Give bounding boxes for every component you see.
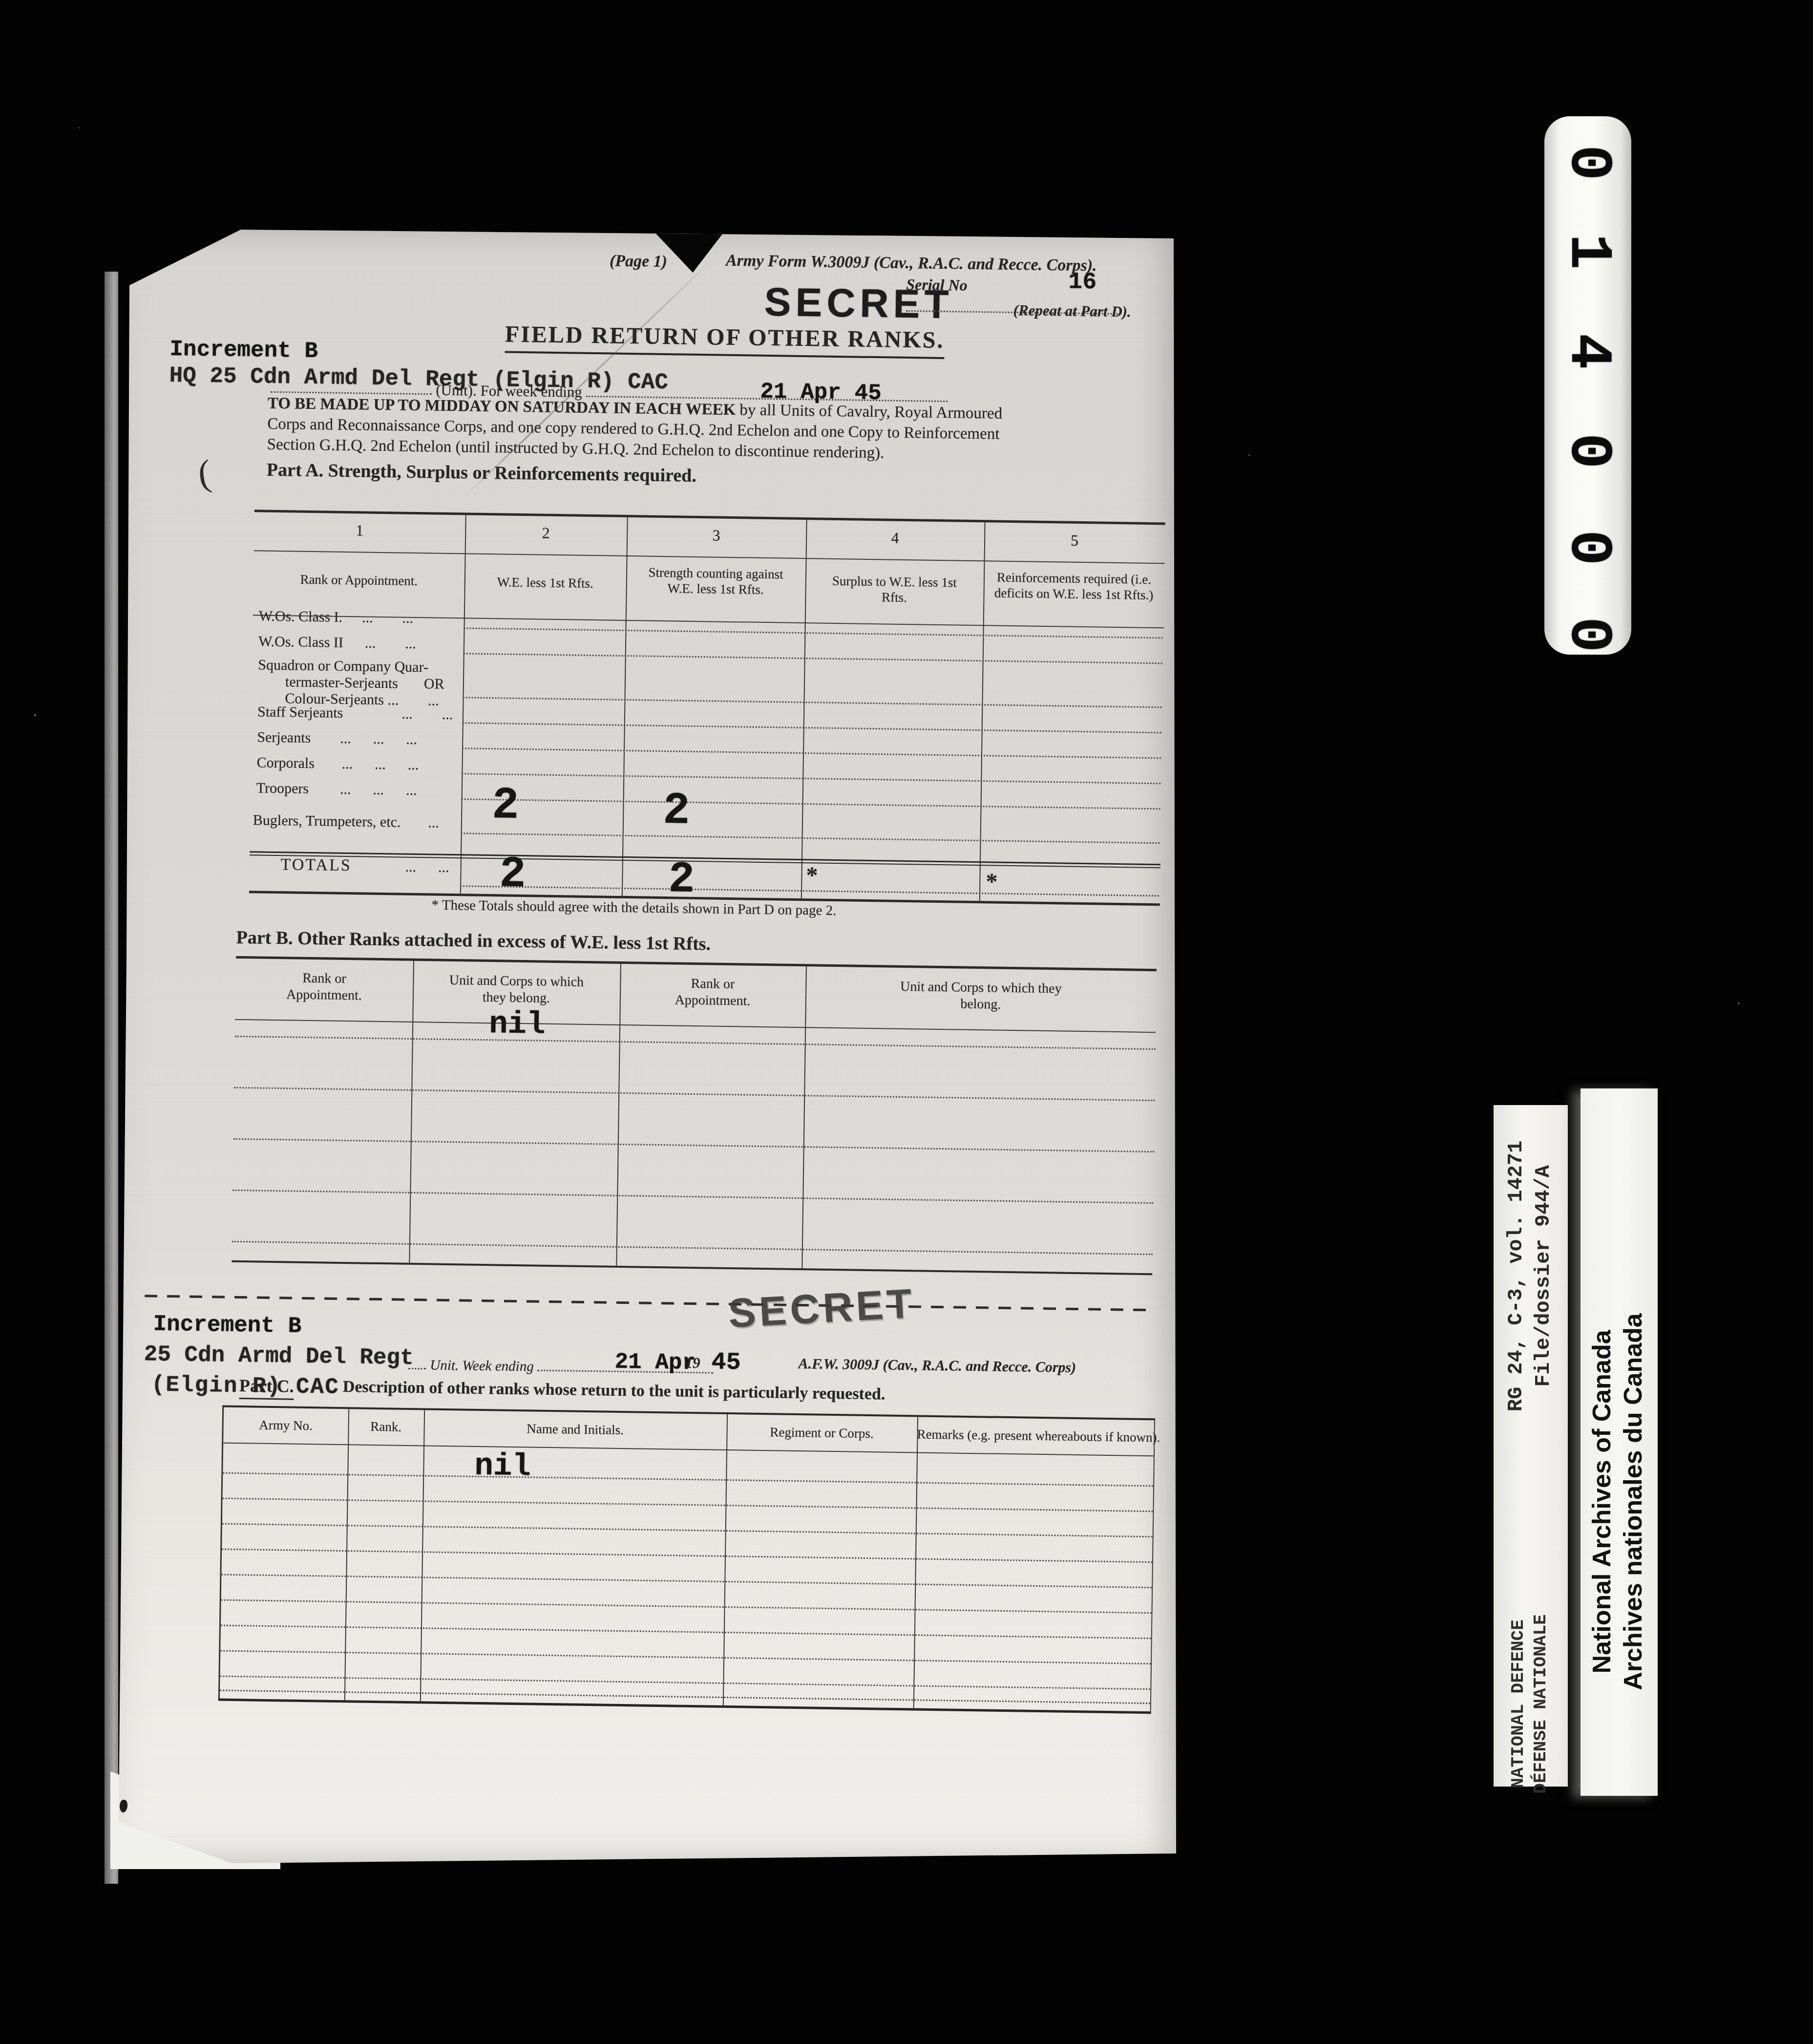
part-a-column-headers: Rank or Appointment. W.E. less 1st Rfts.… — [253, 559, 1164, 609]
part-c-row-2 — [223, 1498, 1153, 1512]
part-b-nil-entry: nil — [489, 1007, 546, 1043]
counter-digit-2: 1 — [1558, 234, 1618, 269]
row-label-sqms-2: termaster-Serjeants — [285, 674, 398, 692]
part-c-nil-entry: nil — [474, 1449, 531, 1485]
col-header-surplus: Surplus to W.E. less 1st Rfts. — [805, 567, 984, 606]
repeat-note: (Repeat at Part D). — [1013, 301, 1131, 320]
part-c-row-9 — [220, 1676, 1150, 1690]
row-label-buglers: Buglers, Trumpeters, etc.... — [253, 812, 439, 831]
part-b-row-3 — [233, 1138, 1154, 1152]
part-b-row-5 — [232, 1241, 1153, 1255]
col-header-rank: Rank or Appointment. — [253, 559, 464, 599]
counter-digit-row-4: 0 — [1544, 421, 1631, 494]
totals-col4-asterisk: * — [806, 862, 818, 889]
archives-line-2: Archives nationales du Canada — [1618, 1311, 1649, 1692]
slip-year-printed: 19 — [685, 1354, 700, 1372]
row-line-corporals — [462, 773, 1160, 784]
defence-text: NATIONAL DEFENCE DÉFENSE NATIONALE — [1507, 1605, 1552, 1803]
counter-digit-3: 4 — [1558, 333, 1618, 369]
col-number-5: 5 — [984, 530, 1165, 551]
totals-label: TOTALS... ... — [280, 855, 449, 876]
archives-line-1: National Archives of Canada — [1586, 1311, 1618, 1692]
serial-label: Serial No — [906, 276, 968, 294]
slip-caption: Unit. Week ending — [426, 1358, 538, 1375]
part-c-row-8 — [220, 1650, 1151, 1665]
form-title: FIELD RETURN OF OTHER RANKS. — [505, 320, 944, 359]
counter-digit-row-5: 0 — [1544, 518, 1631, 591]
document-page: (Page 1) Army Form W.3009J (Cav., R.A.C.… — [110, 226, 1176, 1863]
slip-increment-stamp: Increment B — [153, 1312, 301, 1339]
form-number-line: Army Form W.3009J (Cav., R.A.C. and Recc… — [726, 252, 1097, 276]
dust-speck-2 — [1248, 454, 1250, 456]
row-label-serjeants: Serjeants... ... ... — [257, 729, 417, 748]
part-c-header-name: Name and Initials. — [423, 1420, 726, 1439]
counter-digit-5: 0 — [1558, 530, 1618, 565]
part-b-header-rule — [235, 1019, 1156, 1033]
part-b-divider-1 — [409, 961, 414, 1263]
part-c-row-10 — [220, 1690, 1150, 1704]
part-c-divider-2 — [420, 1410, 425, 1701]
row-label-corporals: Corporals... ... ... — [256, 754, 419, 773]
counter-digit-row-3: 4 — [1544, 321, 1631, 395]
part-b-headers: Rank or Appointment. Unit and Corps to w… — [235, 965, 1157, 1015]
totals-col3-value: 2 — [668, 858, 695, 902]
row-line-staff — [463, 722, 1161, 733]
part-c-header-army-no: Army No. — [223, 1417, 348, 1434]
part-b-header-1: Rank or Appointment. — [235, 965, 413, 1005]
reference-line-2: File/dossier 944/A — [1530, 1115, 1557, 1437]
part-b-row-4 — [232, 1190, 1153, 1204]
archives-text: National Archives of Canada Archives nat… — [1586, 1311, 1651, 1692]
row-line-wos1 — [464, 627, 1162, 639]
row-line-serjeants — [462, 747, 1161, 759]
totals-col2-value: 2 — [499, 852, 526, 897]
row-label-staff: Staff Serjeants... ... — [257, 703, 453, 723]
part-c-heading: Description of other ranks whose return … — [343, 1378, 885, 1404]
counter-digit-1: 0 — [1558, 145, 1618, 180]
row-line-sqms — [463, 697, 1162, 708]
row-label-sqms-or: OR — [424, 676, 444, 693]
part-b-header-3: Rank or Appointment. — [620, 971, 806, 1010]
col-header-strength: Strength counting against W.E. less 1st … — [626, 564, 805, 604]
part-c-header-rule — [223, 1443, 1154, 1457]
counter-digit-row-2: 1 — [1544, 222, 1631, 295]
troopers-col2-value: 2 — [492, 783, 519, 829]
col-number-2: 2 — [465, 523, 627, 543]
part-c-divider-4 — [913, 1417, 918, 1708]
col-number-1: 1 — [254, 520, 465, 541]
part-c-row-3 — [222, 1523, 1153, 1538]
col-number-4: 4 — [806, 528, 984, 548]
page-number-label: (Page 1) — [610, 252, 668, 271]
row-label-troopers: Troopers... ... ... — [256, 780, 417, 799]
increment-stamp: Increment B — [169, 337, 318, 364]
part-a-column-numbers: 1 2 3 4 5 — [254, 520, 1165, 551]
reference-text: RG 24, C-3, vol. 14271 File/dossier 944/… — [1502, 1115, 1557, 1437]
part-c-header-rank: Rank. — [348, 1419, 423, 1435]
slip-leader-1 — [408, 1353, 426, 1370]
cut-line — [145, 1295, 1156, 1311]
counter-digit-row-6: 0 — [1544, 605, 1631, 678]
part-c-label: Part C. — [239, 1375, 294, 1400]
microfilm-scan: (Page 1) Army Form W.3009J (Cav., R.A.C.… — [0, 0, 1813, 2044]
row-label-wos2: W.Os. Class II... ... — [258, 633, 416, 652]
part-c-row-5 — [221, 1574, 1152, 1589]
counter-digit-4: 0 — [1558, 433, 1618, 468]
unit-leader-1 — [271, 375, 432, 395]
row-line-buglers — [461, 832, 1160, 844]
part-b-divider-3 — [801, 966, 807, 1268]
back-sheet-edge — [105, 272, 118, 1884]
part-c-headers: Army No. Rank. Name and Initials. Regime… — [223, 1417, 1154, 1446]
row-label-sqms-1: Squadron or Company Quar- — [258, 657, 428, 676]
part-a-heading: Part A. Strength, Surplus or Reinforceme… — [267, 459, 697, 487]
pen-mark: ( — [196, 452, 213, 495]
row-line-troopers — [462, 798, 1160, 809]
frame-counter-strip: 0 1 4 0 0 0 — [1544, 116, 1631, 655]
serial-value-stamp: 16 — [1068, 269, 1096, 296]
dust-speck-4 — [78, 127, 80, 128]
reference-line-1: RG 24, C-3, vol. 14271 — [1502, 1115, 1530, 1437]
col-header-we: W.E. less 1st Rfts. — [464, 562, 626, 601]
part-c-row-6 — [221, 1599, 1152, 1614]
part-c-table: Army No. Rank. Name and Initials. Regime… — [218, 1405, 1155, 1714]
part-a-table: 1 2 3 4 5 Rank or Appointment. W.E. less… — [249, 510, 1165, 906]
part-c-divider-1 — [344, 1409, 349, 1700]
part-b-header-4: Unit and Corps to which they belong. — [805, 973, 1157, 1015]
col-number-3: 3 — [627, 525, 806, 546]
counter-digit-6: 0 — [1558, 617, 1618, 652]
part-b-header-2: Unit and Corps to which they belong. — [413, 968, 620, 1008]
counter-digit-row-1: 0 — [1544, 133, 1631, 206]
row-line-wos2 — [464, 653, 1162, 664]
defence-line-1: NATIONAL DEFENCE — [1507, 1605, 1530, 1803]
part-c-row-4 — [222, 1549, 1152, 1563]
dust-speck-3 — [1738, 1002, 1740, 1004]
instruction-line-1-rest: by all Units of Cavalry, Royal Armoured — [736, 401, 1002, 423]
part-b-heading: Part B. Other Ranks attached in excess o… — [236, 927, 711, 955]
part-c-row-1 — [223, 1472, 1153, 1487]
part-b-row-2 — [234, 1087, 1155, 1101]
part-c-header-regiment: Regiment or Corps. — [726, 1424, 917, 1442]
totals-col5-asterisk: * — [986, 868, 998, 895]
part-b-divider-2 — [616, 964, 621, 1266]
part-b-table: Rank or Appointment. Unit and Corps to w… — [232, 956, 1157, 1275]
part-b-row-1 — [235, 1036, 1156, 1050]
part-c-row-7 — [221, 1625, 1151, 1639]
slip-year-stamp: 45 — [711, 1349, 741, 1377]
slip-unit-stamp: 25 Cdn Armd Del Regt — [144, 1341, 414, 1371]
form-content: (Page 1) Army Form W.3009J (Cav., R.A.C.… — [88, 225, 1177, 1877]
col-header-reinforcements: Reinforcements required (i.e. deficits o… — [983, 569, 1164, 609]
part-c-divider-3 — [723, 1414, 728, 1705]
slip-date-stamp: 21 Apr — [614, 1349, 696, 1376]
part-c-header-remarks: Remarks (e.g. present whereabouts if kno… — [917, 1427, 1154, 1445]
dust-speck-1 — [34, 714, 36, 716]
troopers-col3-value: 2 — [663, 788, 690, 834]
defence-line-2: DÉFENSE NATIONALE — [1530, 1605, 1552, 1803]
secret-stamp-slip: SECRET — [727, 1279, 917, 1337]
row-label-wos1: W.Os. Class I.... ... — [259, 608, 414, 626]
slip-form-ref: A.F.W. 3009J (Cav., R.A.C. and Recce. Co… — [798, 1356, 1076, 1376]
